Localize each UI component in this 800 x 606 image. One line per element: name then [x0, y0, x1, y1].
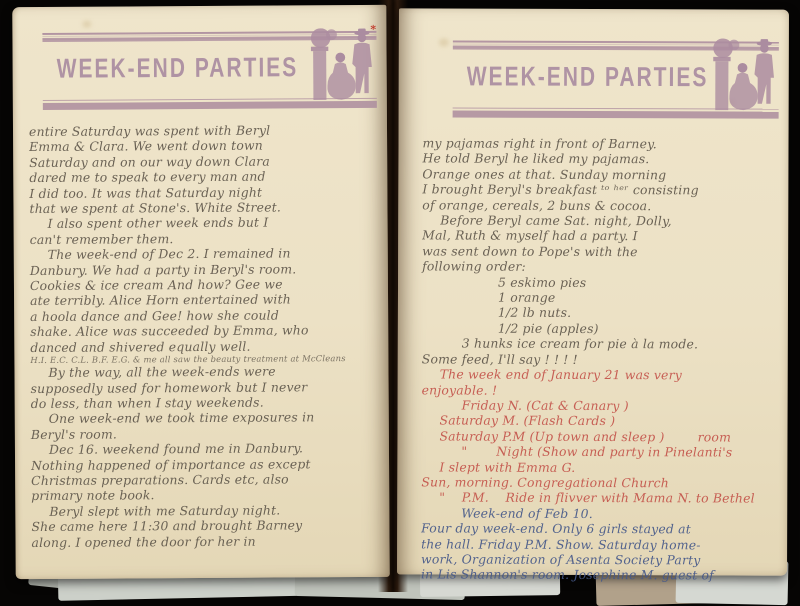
handwritten-entry-left: entire Saturday was spent with BerylEmma…	[13, 116, 390, 550]
handwritten-line: my pajamas right in front of Barney.	[422, 135, 782, 152]
handwritten-line: enjoyable. !	[422, 382, 782, 399]
paper-stain	[82, 21, 91, 28]
handwritten-line: I slept with Emma G.	[421, 459, 781, 476]
page-title: WEEK-END PARTIES	[453, 62, 709, 94]
diary-page-right: WEEK-END PARTIES	[397, 8, 789, 575]
handwritten-line: Before Beryl came Sat. night, Dolly,	[422, 212, 782, 229]
handwritten-line: 1/2 pie (apples)	[422, 320, 782, 337]
handwritten-line: Orange ones at that. Sunday morning	[422, 166, 782, 183]
week-end-parties-header: WEEK-END PARTIES	[42, 31, 376, 110]
handwritten-line: Sun, morning. Congregational Church	[421, 474, 781, 491]
handwritten-line: 3 hunks ice cream for pie à la mode.	[422, 336, 782, 353]
handwritten-line: of orange, cereals, 2 buns & cocoa.	[422, 197, 782, 214]
couple-illustration-icon	[310, 28, 376, 104]
handwritten-line: He told Beryl he liked my pajamas.	[422, 151, 782, 168]
handwritten-line: 1 orange	[422, 289, 782, 306]
handwritten-line: " P.M. Ride in flivver with Mama N. to B…	[421, 490, 781, 507]
handwritten-line: Friday N. (Cat & Canary )	[422, 397, 782, 414]
diary-page-left: * WEEK-END PARTIES	[12, 5, 389, 579]
handwritten-line: I brought Beryl's breakfast ᵗᵒ ʰᵉʳ consi…	[422, 182, 782, 199]
handwritten-line: Four day week-end. Only 6 girls stayed a…	[421, 521, 781, 538]
handwritten-line: in Lis Shannon's room. Josephine M. gues…	[421, 567, 781, 584]
handwritten-line: Week-end of Feb 10.	[421, 505, 781, 522]
couple-illustration-icon	[713, 38, 779, 114]
week-end-parties-header: WEEK-END PARTIES	[453, 41, 779, 119]
handwritten-line: Mal, Ruth & myself had a party. I	[422, 228, 782, 245]
diary-scan: * WEEK-END PARTIES	[0, 0, 800, 606]
handwritten-line: The week end of January 21 was very	[422, 366, 782, 383]
handwritten-entry-right: my pajamas right in front of Barney.He t…	[397, 125, 789, 583]
handwritten-line: " Night (Show and party in Pinelanti's	[421, 444, 781, 461]
handwritten-line: along. I opened the door for her in	[31, 532, 383, 550]
paper-stain	[439, 38, 449, 46]
handwritten-line: Saturday P.M (Up town and sleep ) room	[421, 428, 781, 445]
handwritten-line: following order:	[422, 259, 782, 276]
handwritten-line: work, Organization of Asenta Society Par…	[421, 551, 781, 568]
handwritten-line: 5 eskimo pies	[422, 274, 782, 291]
handwritten-line: was sent down to Pope's with the	[422, 243, 782, 260]
handwritten-line: 1/2 lb nuts.	[422, 305, 782, 322]
handwritten-line: Some feed, I'll say ! ! ! !	[422, 351, 782, 368]
page-title: WEEK-END PARTIES	[43, 53, 299, 86]
handwritten-line: the hall. Friday P.M. Show. Saturday hom…	[421, 536, 781, 553]
handwritten-line: Saturday M. (Flash Cards )	[422, 413, 782, 430]
